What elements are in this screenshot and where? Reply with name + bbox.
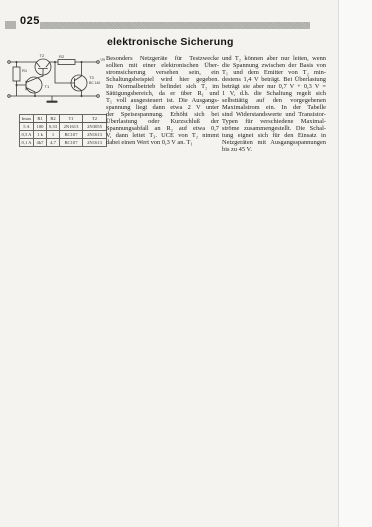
table-cell: 100 xyxy=(34,123,47,131)
text-line: stromsicherung versehen sein, ein xyxy=(106,69,219,76)
header-rule-bar xyxy=(40,22,310,29)
text-line: Überlastung oder Kurzschluß der xyxy=(106,118,219,125)
text-line: Netzgeräten mit Ausgangsspannungen xyxy=(222,139,326,146)
text-line: sind Widerstandswerte und Transistor- xyxy=(222,111,326,118)
text-line: Maximalstrom ein. In der Tabelle xyxy=(222,104,326,111)
text-line: spannung liegt dann etwa 2 V unter xyxy=(106,104,219,111)
text-line: Sättigungsbereich, da er über R₁ und xyxy=(106,90,219,97)
label-t3: T3 xyxy=(89,75,94,80)
table-cell: 5 A xyxy=(20,123,34,131)
text-line: T₁ und dem Emitter von T₂ min- xyxy=(222,69,326,76)
text-line: destens 1,4 V beträgt. Bei Überlastung xyxy=(222,76,326,83)
article-title: elektronische Sicherung xyxy=(107,36,234,48)
table-row: 0,5 A1 k1BC1072N1613 xyxy=(20,131,107,139)
text-line: die Spannung zwischen der Basis von xyxy=(222,62,326,69)
table-cell: 4k7 xyxy=(34,139,47,147)
table-cell: 2N3055 xyxy=(83,123,107,131)
table-header-cell: Imax xyxy=(20,115,34,123)
circuit-number: 025 xyxy=(20,15,40,27)
header-gray-square xyxy=(5,21,16,29)
text-line: bis zu 45 V. xyxy=(222,146,326,153)
label-t3-type: BC 140 xyxy=(89,81,100,85)
text-line: Besonders Netzgeräte für Testzwecke xyxy=(106,55,219,62)
text-line: sollten mit einer elektronischen Über- xyxy=(106,62,219,69)
label-r1: R1 xyxy=(22,68,28,73)
table-cell: BC107 xyxy=(60,139,83,147)
text-line: beträgt sie aber nur 0,7 V + 0,3 V = xyxy=(222,83,326,90)
label-t1: T1 xyxy=(45,84,50,89)
table-cell: 2N1613 xyxy=(83,131,107,139)
scanned-page: 025 elektronische Sicherung xyxy=(0,0,372,527)
table-cell: BC107 xyxy=(60,131,83,139)
label-r2: R2 xyxy=(59,54,65,59)
circuit-schematic: R1 T2 T1 R2 T3 BC 140 Ua xyxy=(3,52,107,119)
text-line: V, dann leitet T₃. UCE von T₂ nimmt xyxy=(106,132,219,139)
text-line: ströme zusammengestellt. Die Schal- xyxy=(222,125,326,132)
text-line: T₁ voll ausgesteuert ist. Die Ausgangs- xyxy=(106,97,219,104)
table-cell: 4,7 xyxy=(47,139,60,147)
table-cell: 1 xyxy=(47,131,60,139)
table-cell: 1 k xyxy=(34,131,47,139)
text-line: selbsttätig auf den vorgegebenen xyxy=(222,97,326,104)
text-line: dabei einen Wert von 0,3 V an. T₁ xyxy=(106,139,219,146)
table-cell: 0,1 A xyxy=(20,139,34,147)
table-row: 5 A1000,332N16132N3055 xyxy=(20,123,107,131)
text-line: tung eignet sich für den Einsatz in xyxy=(222,132,326,139)
page-margin-strip xyxy=(339,0,372,527)
text-line: und T₂ können aber nur leiten, wenn xyxy=(222,55,326,62)
table-cell: 2N1613 xyxy=(83,139,107,147)
text-line: der Speisespannung. Erhöht sich bei xyxy=(106,111,219,118)
table-header-cell: R2 xyxy=(47,115,60,123)
table-header-row: ImaxR1R2T1T2 xyxy=(20,115,107,123)
table-header-cell: R1 xyxy=(34,115,47,123)
label-output: Ua xyxy=(101,58,105,62)
text-line: 1 V, d.h. die Schaltung regelt sich xyxy=(222,90,326,97)
text-line: Typen für verschiedene Maximal- xyxy=(222,118,326,125)
table-header-cell: T1 xyxy=(60,115,83,123)
body-column-right: und T₂ können aber nur leiten, wenndie S… xyxy=(222,55,326,153)
table-cell: 0,33 xyxy=(47,123,60,131)
text-line: Schaltungsbeispiel wird hier gegeben. xyxy=(106,76,219,83)
table-row: 0,1 A4k74,7BC1072N1613 xyxy=(20,139,107,147)
table-header-cell: T2 xyxy=(83,115,107,123)
text-line: Im Normalbetrieb befindet sich T₂ im xyxy=(106,83,219,90)
body-column-left: Besonders Netzgeräte für Testzweckesollt… xyxy=(106,55,219,146)
table-cell: 0,5 A xyxy=(20,131,34,139)
page-edge-line xyxy=(338,0,339,527)
label-t2: T2 xyxy=(40,53,45,58)
text-line: Spannungsabfall an R₂ auf etwa 0,7 xyxy=(106,125,219,132)
schematic-svg: R1 T2 T1 R2 T3 BC 140 Ua xyxy=(3,52,107,114)
parts-table: ImaxR1R2T1T25 A1000,332N16132N30550,5 A1… xyxy=(19,114,107,147)
table-cell: 2N1613 xyxy=(60,123,83,131)
